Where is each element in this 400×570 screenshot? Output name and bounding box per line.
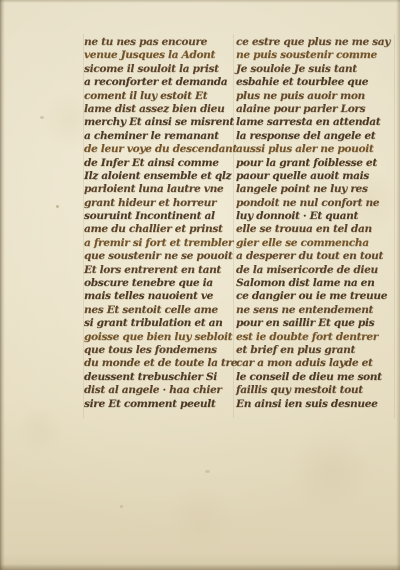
manuscript-text-line: parloient luna lautre vne — [84, 183, 234, 196]
parchment-speck — [56, 205, 59, 208]
page-edge-left-shadow — [0, 0, 5, 570]
manuscript-text-line: Je souloie Je suis tant — [236, 63, 394, 76]
parchment-speck — [352, 55, 356, 59]
manuscript-text-line: esbahie et tourblee que — [236, 76, 394, 89]
page-edge-bottom-shadow — [0, 564, 400, 570]
page-edge-top-shadow — [0, 0, 400, 3]
page-edge-right-shadow — [396, 0, 400, 570]
manuscript-text-line: ame du challier et prinst — [84, 223, 234, 236]
manuscript-text-line: ne sens ne entendement — [236, 304, 394, 317]
manuscript-text-line: que tous les fondemens — [84, 344, 234, 357]
manuscript-text-line: a desperer du tout en tout — [236, 250, 394, 263]
manuscript-text-line: ne puis soustenir comme — [236, 49, 394, 62]
manuscript-text-line: sire Et comment peeult — [84, 398, 234, 411]
manuscript-text-line: car a mon aduis layde et — [236, 357, 394, 370]
manuscript-text-line: gier elle se commencha — [236, 237, 394, 250]
manuscript-text-line: En ainsi ien suis desnuee — [236, 398, 394, 411]
manuscript-text-line: deussent trebuschier Si — [84, 371, 234, 384]
manuscript-text-line: dist al angele · haa chier — [84, 384, 234, 397]
manuscript-text-line: nes Et sentoit celle ame — [84, 304, 234, 317]
manuscript-text-line: est ie doubte fort dentrer — [236, 331, 394, 344]
manuscript-text-line: plus ne puis auoir mon — [236, 90, 394, 103]
text-column-left: ne tu nes pas encourevenue Jusques la Ad… — [84, 36, 234, 411]
manuscript-text-line: coment il luy estoit Et — [84, 90, 234, 103]
manuscript-text-line: ce estre que plus ne me say — [236, 36, 394, 49]
manuscript-text-line: de Infer Et ainsi comme — [84, 157, 234, 170]
manuscript-text-line: a cheminer le remanant — [84, 130, 234, 143]
manuscript-text-line: a fremir si fort et trembler — [84, 237, 234, 250]
manuscript-text-line: de la misericorde de dieu — [236, 264, 394, 277]
text-column-right: ce estre que plus ne me sayne puis soust… — [236, 36, 394, 411]
manuscript-text-line: lame sarresta en attendat — [236, 116, 394, 129]
manuscript-text-line: mais telles nauoient ve — [84, 290, 234, 303]
manuscript-text-line: merchy Et ainsi se misrent — [84, 116, 234, 129]
manuscript-text-line: faillis quy mestoit tout — [236, 384, 394, 397]
manuscript-text-line: et brief en plus grant — [236, 344, 394, 357]
manuscript-text-line: luy donnoit · Et quant — [236, 210, 394, 223]
parchment-speck — [40, 116, 44, 119]
manuscript-text-line: pondoit ne nul confort ne — [236, 197, 394, 210]
manuscript-text-line: grant hideur et horreur — [84, 197, 234, 210]
manuscript-text-line: ce dangier ou ie me treuue — [236, 290, 394, 303]
parchment-speck — [205, 470, 210, 473]
manuscript-text-line: lame dist assez bien dieu — [84, 103, 234, 116]
ruling-line-right-col-end — [394, 34, 395, 418]
manuscript-text-line: du monde et de toute la tre — [84, 357, 234, 370]
manuscript-text-line: que soustenir ne se pouoit — [84, 250, 234, 263]
manuscript-text-line: pour en saillir Et que pis — [236, 317, 394, 330]
manuscript-text-line: souruint Incontinent al — [84, 210, 234, 223]
manuscript-text-line: elle se trouua en tel dan — [236, 223, 394, 236]
manuscript-text-line: ne tu nes pas encoure — [84, 36, 234, 49]
manuscript-text-line: langele point ne luy res — [236, 183, 394, 196]
manuscript-text-line: aussi plus aler ne pouoit — [236, 143, 394, 156]
manuscript-text-line: le conseil de dieu me sont — [236, 371, 394, 384]
manuscript-text-line: goisse que bien luy sebloit — [84, 331, 234, 344]
manuscript-text-line: venue Jusques la Adont — [84, 49, 234, 62]
manuscript-text-line: a reconforter et demanda — [84, 76, 234, 89]
manuscript-text-line: paour quelle auoit mais — [236, 170, 394, 183]
manuscript-text-line: Ilz aloient ensemble et qlz — [84, 170, 234, 183]
manuscript-text-line: Et lors entrerent en tant — [84, 264, 234, 277]
parchment-speck — [120, 505, 123, 508]
manuscript-text-line: de leur voye du descendant — [84, 143, 234, 156]
manuscript-text-line: Salomon dist lame na en — [236, 277, 394, 290]
manuscript-text-line: obscure tenebre que ia — [84, 277, 234, 290]
manuscript-page: ne tu nes pas encourevenue Jusques la Ad… — [0, 0, 400, 570]
manuscript-text-line: la response del angele et — [236, 130, 394, 143]
manuscript-text-line: pour la grant foiblesse et — [236, 157, 394, 170]
manuscript-text-line: sicome il souloit la prist — [84, 63, 234, 76]
manuscript-text-line: alaine pour parler Lors — [236, 103, 394, 116]
manuscript-text-line: si grant tribulation et an — [84, 317, 234, 330]
